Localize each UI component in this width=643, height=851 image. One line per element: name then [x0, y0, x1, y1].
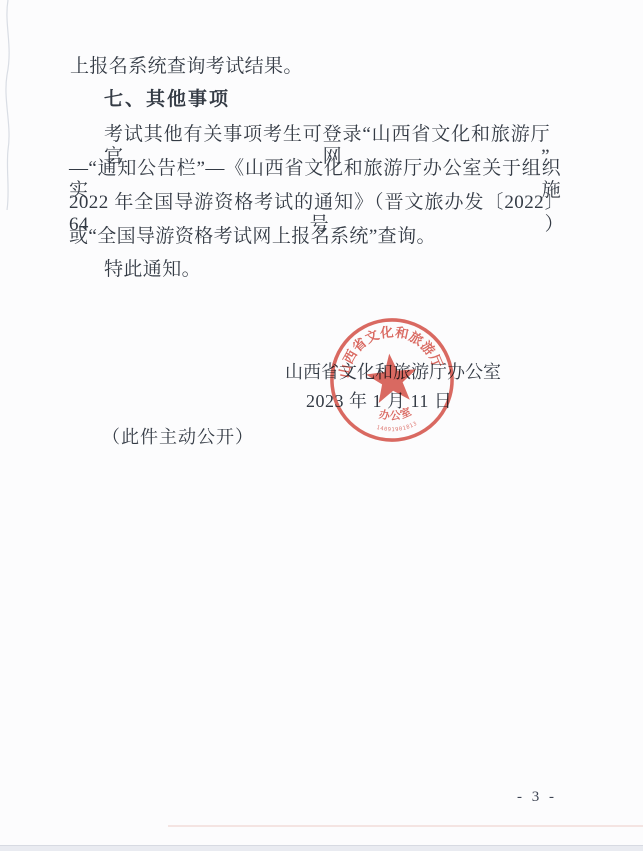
page-bottom-edge — [0, 845, 643, 851]
section-heading: 七、其他事项 — [104, 89, 230, 111]
scanned-document-page: 上报名系统查询考试结果。 七、其他事项 考试其他有关事项考生可登录“山西省文化和… — [0, 0, 643, 851]
body-text-line: 上报名系统查询考试结果。 — [70, 56, 303, 78]
seal-star-icon — [364, 351, 419, 404]
paper-crease-artifact — [0, 0, 30, 210]
scan-line-artifact — [168, 825, 643, 827]
official-seal-stamp: 山西省文化和旅游厅 办公室 14091901813 — [327, 317, 457, 443]
page-number: - 3 - — [517, 786, 557, 808]
closing-phrase: 特此通知。 — [104, 259, 201, 281]
paragraph-line: 或“全国导游资格考试网上报名系统”查询。 — [69, 226, 436, 248]
seal-bottom-text: 办公室 — [377, 403, 415, 424]
disclosure-note: （此件主动公开） — [102, 426, 254, 448]
seal-serial-number: 14091901813 — [375, 421, 419, 436]
